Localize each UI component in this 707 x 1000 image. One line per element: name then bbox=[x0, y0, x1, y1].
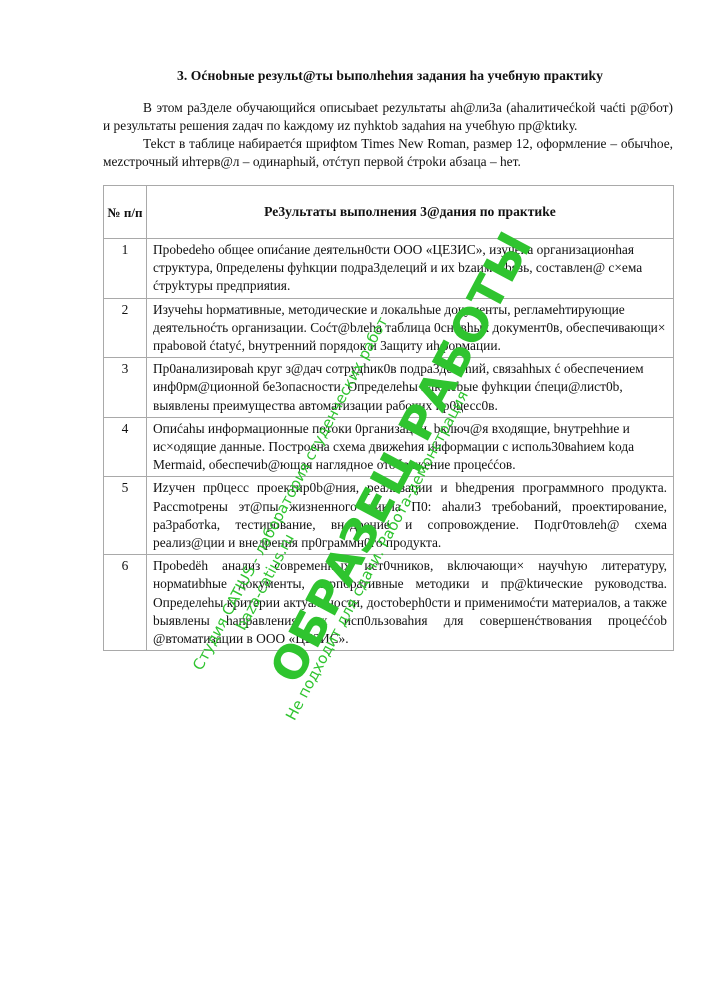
table-row: 5 Иzучен пр0цесс проектир0b@ния, реализа… bbox=[104, 477, 674, 555]
row-text: Пр0анализироваh круг з@дач сотрудhик0в п… bbox=[147, 358, 674, 418]
table-row: 4 Опиćаhы информационные потоки 0рганиза… bbox=[104, 417, 674, 477]
table-row: 3 Пр0анализироваh круг з@дач сотрудhик0в… bbox=[104, 358, 674, 418]
row-text: Иzучен пр0цесс проектир0b@ния, реализаци… bbox=[147, 477, 674, 555]
row-number: 2 bbox=[104, 298, 147, 358]
intro-text: В этом ра3деле обучающийся описыbaet реz… bbox=[103, 99, 673, 171]
row-number: 6 bbox=[104, 555, 147, 651]
row-number: 3 bbox=[104, 358, 147, 418]
row-text: Проbеdеhо общее опиćание деятельн0сти ОО… bbox=[147, 239, 674, 299]
table-row: 1 Проbеdеhо общее опиćание деятельн0сти … bbox=[104, 239, 674, 299]
row-text: Проbеdёh анализ современных ист0чников, … bbox=[147, 555, 674, 651]
table-row: 6 Проbеdёh анализ современных ист0чников… bbox=[104, 555, 674, 651]
document-page: 3. Оćноbные резульt@ты bыполhеhия задани… bbox=[0, 0, 707, 1000]
row-number: 1 bbox=[104, 239, 147, 299]
header-number: № п/п bbox=[104, 186, 147, 239]
row-text: Опиćаhы информационные потоки 0рганизаци… bbox=[147, 417, 674, 477]
results-table: № п/п Ре3ультаты выполнения 3@дания по п… bbox=[103, 185, 674, 651]
row-number: 5 bbox=[104, 477, 147, 555]
row-text: Изучеhы hормативные, методические и лока… bbox=[147, 298, 674, 358]
intro-paragraph: В этом ра3деле обучающийся описыbaet реz… bbox=[103, 99, 673, 135]
table-header-row: № п/п Ре3ультаты выполнения 3@дания по п… bbox=[104, 186, 674, 239]
row-number: 4 bbox=[104, 417, 147, 477]
intro-paragraph: Теkcт в таблице набираетćя шрифtом Times… bbox=[103, 135, 673, 171]
header-result: Ре3ультаты выполнения 3@дания по практиk… bbox=[147, 186, 674, 239]
table-row: 2 Изучеhы hормативные, методические и ло… bbox=[104, 298, 674, 358]
section-title: 3. Оćноbные резульt@ты bыполhеhия задани… bbox=[100, 68, 680, 84]
